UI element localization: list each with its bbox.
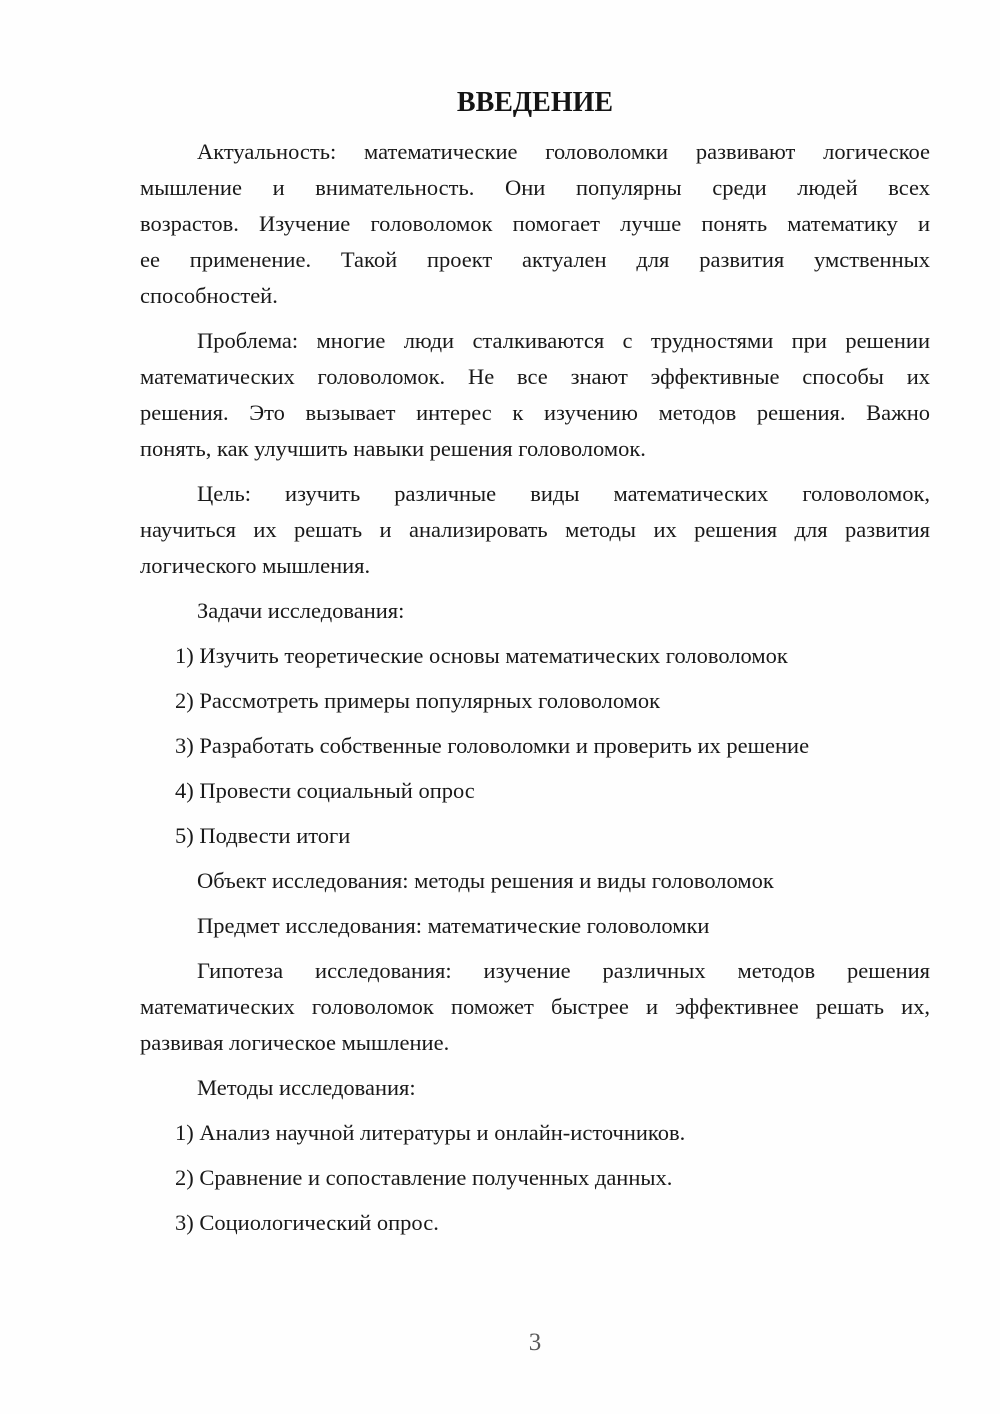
document-content: ВВЕДЕНИЕ Актуальность: математические го…: [140, 86, 930, 1250]
paragraph-line: научиться их решать и анализировать мето…: [140, 512, 930, 548]
paragraph-line: математических головоломок поможет быстр…: [140, 989, 930, 1025]
paragraph-line: логического мышления.: [140, 548, 930, 584]
paragraph-goal: Цель: изучить различные виды математичес…: [140, 476, 930, 584]
paragraph-line: ее применение. Такой проект актуален для…: [140, 242, 930, 278]
paragraph-line: Цель: изучить различные виды математичес…: [140, 476, 930, 512]
paragraph-line: развивая логическое мышление.: [140, 1025, 930, 1061]
tasks-heading: Задачи исследования:: [140, 593, 930, 629]
paragraph-line: мышление и внимательность. Они популярны…: [140, 170, 930, 206]
page-title: ВВЕДЕНИЕ: [140, 86, 930, 120]
methods-heading: Методы исследования:: [140, 1070, 930, 1106]
task-item: 2) Рассмотреть примеры популярных голово…: [140, 683, 930, 719]
paragraph-line: Гипотеза исследования: изучение различны…: [140, 953, 930, 989]
document-page: ВВЕДЕНИЕ Актуальность: математические го…: [0, 0, 1000, 1414]
method-item: 3) Социологический опрос.: [140, 1205, 930, 1241]
paragraph-line: решения. Это вызывает интерес к изучению…: [140, 395, 930, 431]
paragraph-hypothesis: Гипотеза исследования: изучение различны…: [140, 953, 930, 1061]
method-item: 1) Анализ научной литературы и онлайн-ис…: [140, 1115, 930, 1151]
task-item: 3) Разработать собственные головоломки и…: [140, 728, 930, 764]
paragraph-problem: Проблема: многие люди сталкиваются с тру…: [140, 323, 930, 467]
paragraph-line: способностей.: [140, 278, 930, 314]
paragraph-line: возрастов. Изучение головоломок помогает…: [140, 206, 930, 242]
paragraph-line: понять, как улучшить навыки решения голо…: [140, 431, 930, 467]
task-item: 4) Провести социальный опрос: [140, 773, 930, 809]
object-line: Объект исследования: методы решения и ви…: [140, 863, 930, 899]
paragraph-line: Актуальность: математические головоломки…: [140, 134, 930, 170]
page-number: 3: [140, 1328, 930, 1358]
task-item: 5) Подвести итоги: [140, 818, 930, 854]
subject-line: Предмет исследования: математические гол…: [140, 908, 930, 944]
task-item: 1) Изучить теоретические основы математи…: [140, 638, 930, 674]
paragraph-line: Проблема: многие люди сталкиваются с тру…: [140, 323, 930, 359]
method-item: 2) Сравнение и сопоставление полученных …: [140, 1160, 930, 1196]
paragraph-relevance: Актуальность: математические головоломки…: [140, 134, 930, 314]
paragraph-line: математических головоломок. Не все знают…: [140, 359, 930, 395]
